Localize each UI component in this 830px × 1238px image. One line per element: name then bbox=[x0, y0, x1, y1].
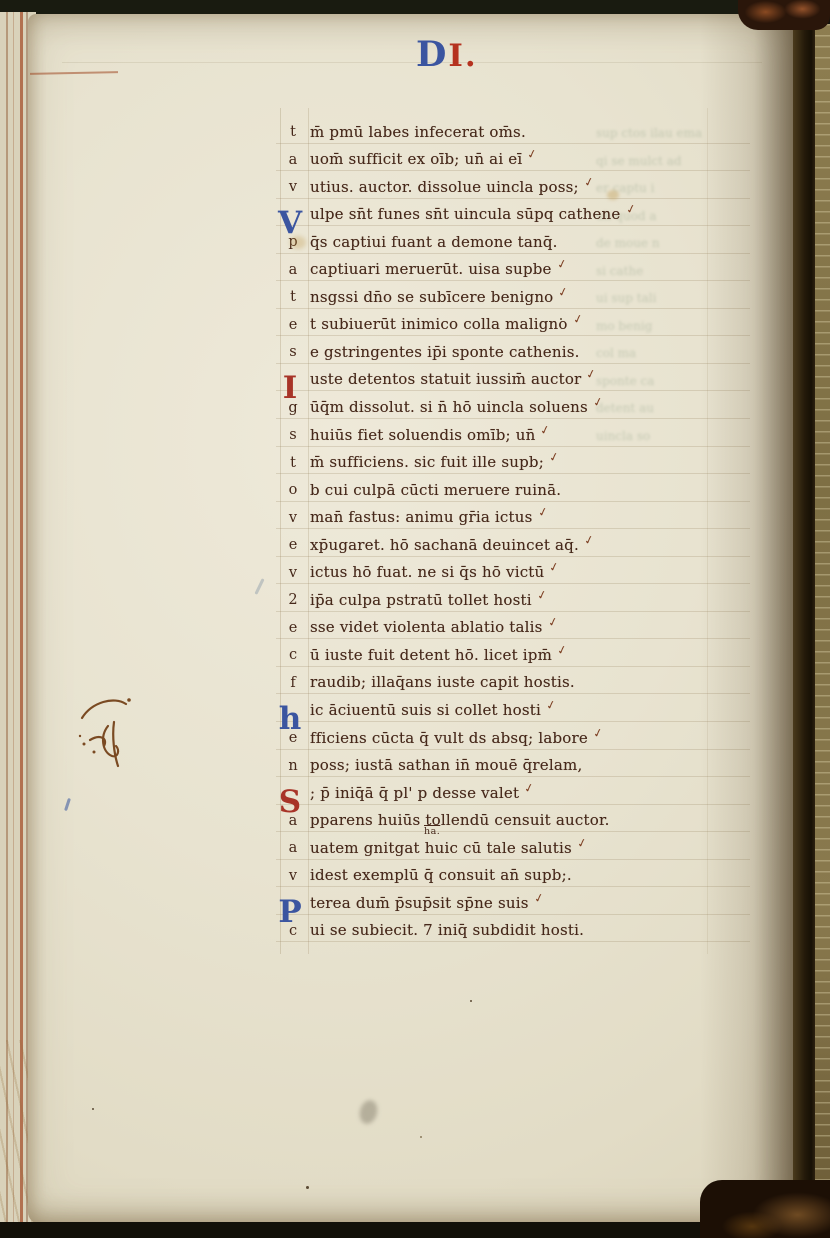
verse-text: m̄ pmū labes infecerat om̄s. bbox=[310, 125, 526, 140]
verse-initial: s bbox=[276, 428, 310, 443]
running-title-letter-blue: D bbox=[416, 34, 448, 75]
verse-initial: n bbox=[276, 759, 310, 774]
verse-line: f raudib; illaq̄ans iuste capit hostis. bbox=[276, 667, 750, 695]
line-end-mark: ✓ bbox=[535, 587, 548, 603]
verse-initial: s bbox=[276, 345, 310, 360]
verse-text: raudib; illaq̄ans iuste capit hostis. bbox=[310, 675, 575, 690]
verse-line: h ic āciuentū suis si collet hosti ✓ bbox=[276, 694, 750, 722]
ink-speck bbox=[470, 1000, 472, 1002]
line-end-mark: ✓ bbox=[556, 642, 569, 658]
verse-line: c ui se subiecit. 7 iniq̄ subdidit hosti… bbox=[276, 915, 750, 943]
verse-text: ip̄a culpa pstratū tollet hosti bbox=[310, 593, 532, 608]
verse-initial: f bbox=[276, 676, 310, 691]
verse-text: ūq̄m dissolut. si n̄ hō uincla soluens bbox=[310, 400, 588, 415]
verse-text: q̄s captiui fuant a demone tanq̄. bbox=[310, 235, 558, 250]
line-end-mark: ✓ bbox=[557, 284, 570, 300]
ink-speck bbox=[92, 1108, 94, 1110]
verse-text: ulpe sn̄t funes sn̄t uincula sūpq cathen… bbox=[310, 207, 621, 222]
verse-initial: o bbox=[276, 483, 310, 498]
verse-line: g ūq̄m dissolut. si n̄ hō uincla soluens… bbox=[276, 391, 750, 419]
verse-text: terea dum̄ p̄sup̄sit sp̄ne suis bbox=[310, 896, 529, 911]
line-end-mark: ✓ bbox=[592, 725, 605, 741]
line-end-mark: ✓ bbox=[582, 174, 595, 190]
verse-text: sse videt violenta ablatio talis bbox=[310, 620, 543, 635]
verse-line: 2 ip̄a culpa pstratū tollet hosti ✓ bbox=[276, 584, 750, 612]
leather-binding-corner bbox=[700, 1180, 830, 1238]
verse-line: v idest exemplū q̄ consuit an̄ supb;. bbox=[276, 860, 750, 888]
verse-line: e fficiens cūcta q̄ vult ds absq; labore… bbox=[276, 722, 750, 750]
verse-text: idest exemplū q̄ consuit an̄ supb;. bbox=[310, 868, 572, 883]
verse-line: v ictus hō fuat. ne si q̄s hō victū ✓ bbox=[276, 557, 750, 585]
running-title-letter-red: I. bbox=[448, 38, 477, 74]
verse-text: uom̄ sufficit ex oīb; un̄ ai eī bbox=[310, 152, 522, 167]
line-end-mark: ✓ bbox=[592, 394, 605, 410]
line-end-mark: ✓ bbox=[548, 559, 561, 575]
verse-line: V ulpe sn̄t funes sn̄t uincula sūpq cath… bbox=[276, 199, 750, 227]
verse-line: s huiūs fiet soluendis omīb; un̄ ✓ bbox=[276, 419, 750, 447]
verse-text: t subiuerūt inimico colla maligno bbox=[310, 317, 568, 332]
verse-initial: 2 bbox=[276, 593, 310, 608]
verse-initial: t bbox=[276, 456, 310, 471]
verse-initial: e bbox=[276, 621, 310, 636]
verse-text: b cui culpā cūcti meruere ruinā. bbox=[310, 483, 561, 498]
interlinear-gloss: ha. bbox=[424, 826, 440, 837]
line-end-mark: ✓ bbox=[536, 504, 549, 520]
verse-line: a uatem gnitgat huic cū tale salutis ✓ bbox=[276, 832, 750, 860]
verse-initial: t bbox=[276, 290, 310, 305]
running-title: DI. bbox=[416, 34, 478, 75]
line-end-mark: ✓ bbox=[576, 835, 589, 851]
verse-line: c ū iuste fuit detent hō. licet ipm̄ ✓ bbox=[276, 639, 750, 667]
verse-text: ui se subiecit. 7 iniq̄ subdidit hosti. bbox=[310, 923, 584, 938]
ink-speck bbox=[560, 318, 562, 320]
verse-initial: a bbox=[276, 263, 310, 278]
under-leaf-edge bbox=[30, 71, 118, 75]
verse-text: uste detentos statuit iussim̄ auctor bbox=[310, 372, 581, 387]
ink-speck bbox=[306, 1186, 309, 1189]
verse-line: a captiuari meruerūt. uisa supbe ✓ bbox=[276, 254, 750, 282]
verse-line: t m̄ sufficiens. sic fuit ille supb; ✓ bbox=[276, 447, 750, 475]
verse-text: utius. auctor. dissolue uincla poss; bbox=[310, 180, 579, 195]
verse-line: I uste detentos statuit iussim̄ auctor ✓ bbox=[276, 364, 750, 392]
verse-text: poss; iustā sathan in̄ mouē q̄relam, bbox=[310, 758, 582, 773]
verse-initial: t bbox=[276, 125, 310, 140]
verse-line: v man̄ fastus: animu gr̄ia ictus ✓ bbox=[276, 502, 750, 530]
line-end-mark: ✓ bbox=[532, 890, 545, 906]
line-end-mark: ✓ bbox=[546, 614, 559, 630]
verse-initial: a bbox=[276, 153, 310, 168]
line-end-mark: ✓ bbox=[539, 422, 552, 438]
verse-initial: c bbox=[276, 648, 310, 663]
verse-text: uatem gnitgat huic cū tale salutis bbox=[310, 841, 572, 856]
verse-line: a uom̄ sufficit ex oīb; un̄ ai eī ✓ bbox=[276, 144, 750, 172]
verse-text: m̄ sufficiens. sic fuit ille supb; bbox=[310, 455, 544, 470]
verse-initial: e bbox=[276, 538, 310, 553]
verse-text: ic āciuentū suis si collet hosti bbox=[310, 703, 541, 718]
text-block: t m̄ pmū labes infecerat om̄s. a uom̄ su… bbox=[276, 116, 750, 942]
line-end-mark: ✓ bbox=[523, 780, 536, 796]
leather-binding-top bbox=[738, 0, 830, 30]
verse-text: e gstringentes ip̄i sponte cathenis. bbox=[310, 345, 580, 360]
verse-text: fficiens cūcta q̄ vult ds absq; labore bbox=[310, 731, 588, 746]
line-end-mark: ✓ bbox=[624, 201, 637, 217]
line-end-mark: ✓ bbox=[555, 256, 568, 272]
line-end-mark: ✓ bbox=[571, 311, 584, 327]
binding-spine-edge bbox=[815, 24, 830, 1194]
verse-text: captiuari meruerūt. uisa supbe bbox=[310, 262, 552, 277]
nota-mark bbox=[74, 692, 136, 772]
verse-line: e sse videt violenta ablatio talis ✓ bbox=[276, 612, 750, 640]
verse-text: ; p̄ iniq̄ā q̄ pl' p desse valet bbox=[310, 786, 519, 801]
verse-line: e xp̄ugaret. hō sachanā deuincet aq̄. ✓ bbox=[276, 529, 750, 557]
verse-text: pparens huiūs tollendū censuit auctor. bbox=[310, 813, 610, 828]
verse-line: P terea dum̄ p̄sup̄sit sp̄ne suis ✓ bbox=[276, 887, 750, 915]
ink-speck bbox=[420, 1136, 422, 1138]
verse-line: s e gstringentes ip̄i sponte cathenis. bbox=[276, 336, 750, 364]
manuscript-photo: DI. sup ctos ilau emaqi se mulct ader ca… bbox=[0, 0, 830, 1238]
line-end-mark: ✓ bbox=[548, 449, 561, 465]
page-crease bbox=[62, 62, 762, 63]
line-end-mark: ✓ bbox=[545, 697, 558, 713]
verse-line: n poss; iustā sathan in̄ mouē q̄relam, bbox=[276, 750, 750, 778]
verse-initial: v bbox=[276, 511, 310, 526]
verse-line: p q̄s captiui fuant a demone tanq̄. bbox=[276, 226, 750, 254]
line-end-mark: ✓ bbox=[526, 146, 539, 162]
verse-initial: v bbox=[276, 869, 310, 884]
verse-text: man̄ fastus: animu gr̄ia ictus bbox=[310, 510, 533, 525]
line-end-mark: ✓ bbox=[583, 532, 596, 548]
verse-line: e t subiuerūt inimico colla maligno ✓ bbox=[276, 309, 750, 337]
verse-line: t m̄ pmū labes infecerat om̄s. bbox=[276, 116, 750, 144]
verse-line: o b cui culpā cūcti meruere ruinā. bbox=[276, 474, 750, 502]
verse-line: v utius. auctor. dissolue uincla poss; ✓ bbox=[276, 171, 750, 199]
line-end-mark: ✓ bbox=[585, 367, 598, 383]
verse-initial: v bbox=[276, 566, 310, 581]
verse-text: xp̄ugaret. hō sachanā deuincet aq̄. bbox=[310, 538, 579, 553]
verse-initial: v bbox=[276, 180, 310, 195]
verse-initial: a bbox=[276, 841, 310, 856]
verse-text: nsgssi dn̄o se subīcere benigno bbox=[310, 290, 553, 305]
verse-text: ictus hō fuat. ne si q̄s hō victū bbox=[310, 565, 544, 580]
verse-line: a pparens huiūs tollendū censuit auctor. bbox=[276, 805, 750, 833]
verse-text: huiūs fiet soluendis omīb; un̄ bbox=[310, 428, 535, 443]
verse-line: t nsgssi dn̄o se subīcere benigno ✓ bbox=[276, 281, 750, 309]
verse-initial: e bbox=[276, 318, 310, 333]
verse-line: S ; p̄ iniq̄ā q̄ pl' p desse valet ✓ bbox=[276, 777, 750, 805]
verse-text: ū iuste fuit detent hō. licet ipm̄ bbox=[310, 648, 552, 663]
